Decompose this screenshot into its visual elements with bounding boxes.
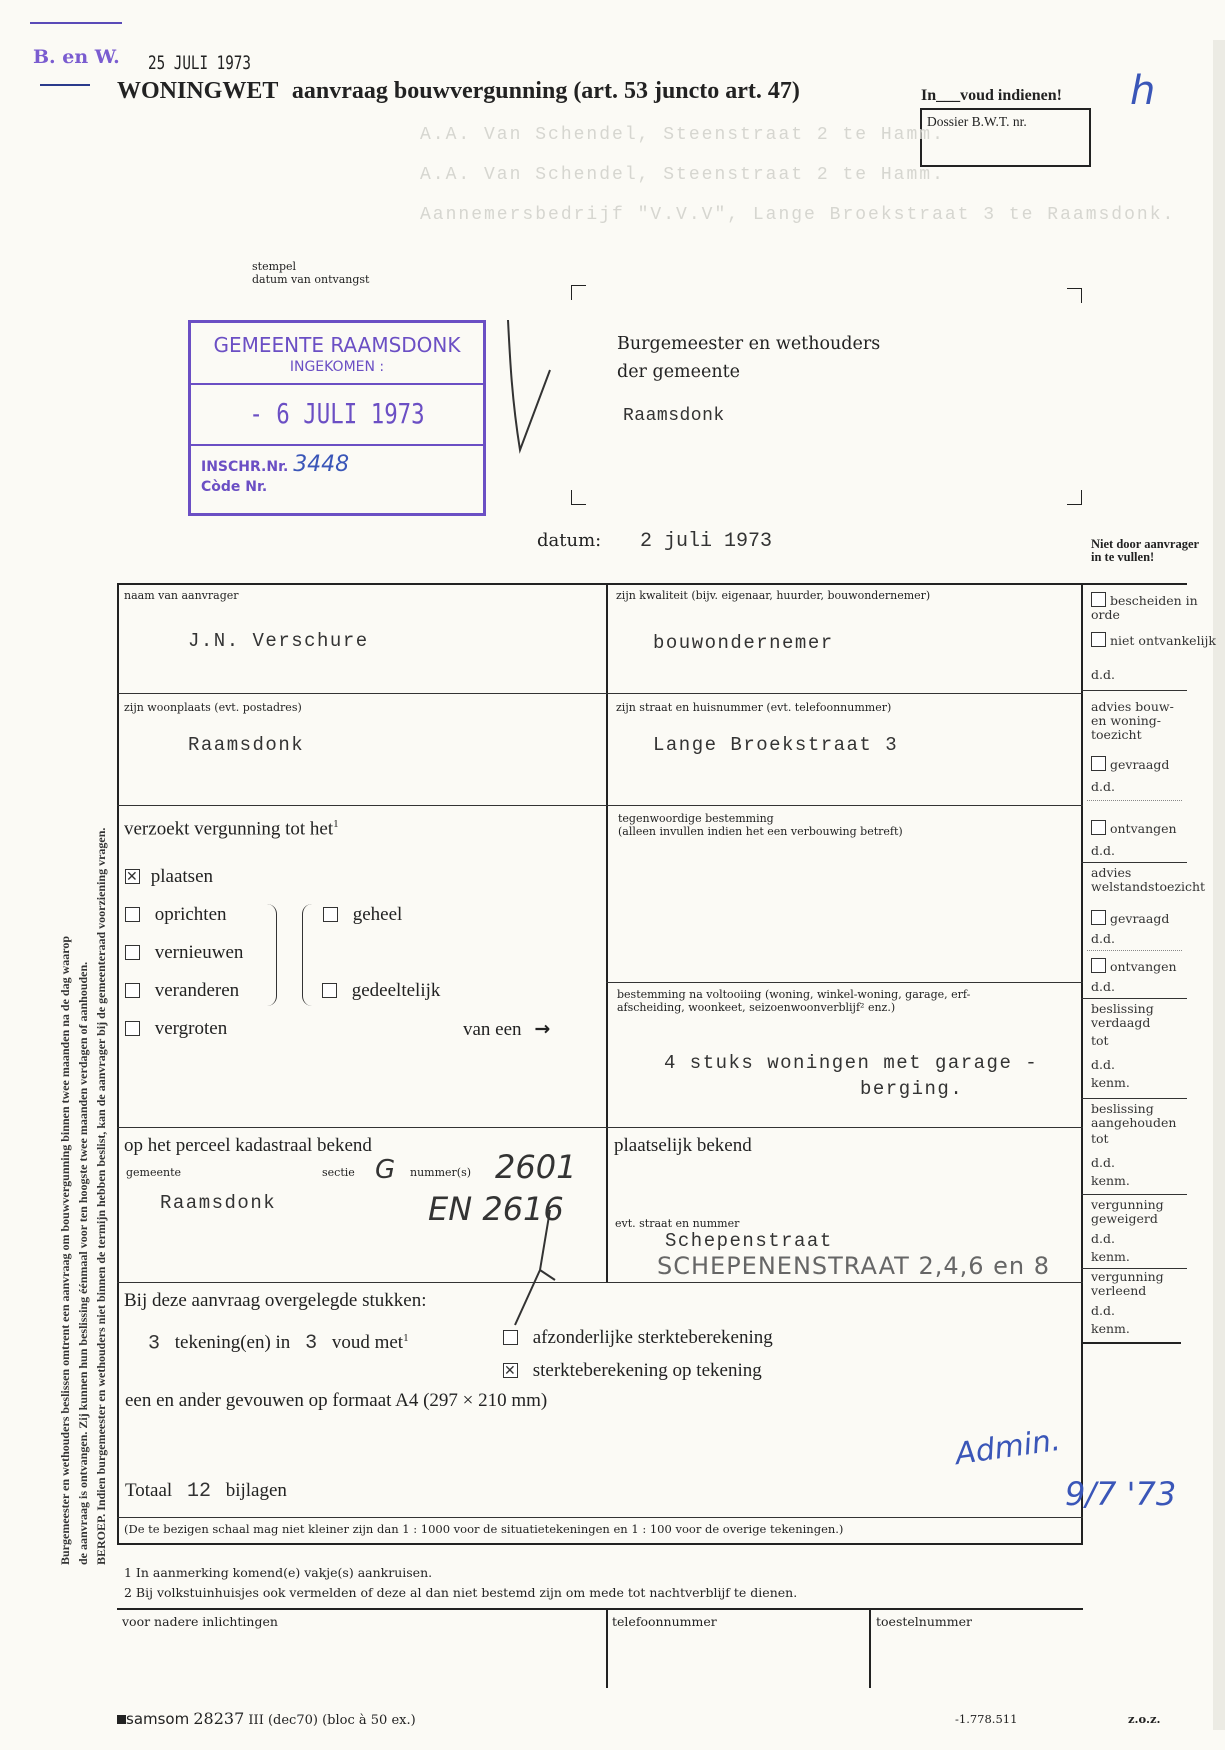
office-divider: [1081, 690, 1187, 691]
action-oprichten[interactable]: oprichten: [125, 904, 227, 926]
checkbox-icon[interactable]: [323, 907, 338, 922]
form-number: 28237: [193, 1709, 244, 1728]
extension-field[interactable]: [876, 1632, 1076, 1686]
checkbox-icon[interactable]: [125, 907, 140, 922]
final-use-label-2: afscheiding, woonkeet, seizoenwoonverbli…: [617, 1001, 970, 1014]
street-label: zijn straat en huisnummer (evt. telefoon…: [616, 701, 891, 714]
footnote-ref: 1: [403, 1332, 409, 1344]
checkbox-icon[interactable]: [322, 983, 337, 998]
zoz: z.o.z.: [1128, 1712, 1161, 1726]
stamp-overline: [30, 22, 122, 24]
bloc: (bloc à 50 ex.): [322, 1713, 416, 1728]
office-kenm: kenm.: [1091, 1076, 1130, 1090]
dossier-box[interactable]: Dossier B.W.T. nr.: [920, 108, 1091, 167]
office-label: niet ontvankelijk: [1110, 633, 1216, 648]
office-kenm: kenm.: [1091, 1250, 1130, 1264]
side-note-line-3: BEROEP. Indien burgemeester en wethouder…: [94, 828, 109, 1565]
option-label: sterkteberekening op tekening: [533, 1360, 762, 1381]
copies-label: voud met: [332, 1332, 403, 1353]
form-left-border: [117, 583, 119, 1543]
corner-initial: h: [1130, 68, 1155, 114]
form-top-border: [117, 583, 1087, 585]
document-page: B. en W. 25 JULI 1973 WONINGWET aanvraag…: [0, 0, 1225, 1750]
addressee-municipality[interactable]: Raamsdonk: [623, 402, 880, 430]
office-dd: d.d.: [1091, 1232, 1115, 1246]
action-label: veranderen: [155, 980, 239, 1001]
checkbox-icon[interactable]: [125, 983, 140, 998]
street-value[interactable]: Lange Broekstraat 3: [653, 734, 898, 756]
format-note: een en ander gevouwen op formaat A4 (297…: [125, 1390, 547, 1412]
date-value[interactable]: 2 juli 1973: [640, 530, 772, 553]
title-rest: aanvraag bouwvergunning (art. 53 juncto …: [292, 78, 800, 104]
window-corner: [571, 285, 586, 300]
final-use-value-2[interactable]: berging.: [860, 1078, 963, 1100]
phone-label: telefoonnummer: [612, 1614, 717, 1629]
action-veranderen[interactable]: veranderen: [125, 980, 239, 1002]
office-label: ontvangen: [1110, 821, 1177, 836]
office-section-title: advies bouw- en woning-toezicht: [1091, 700, 1186, 742]
ghost-text: A.A. Van Schendel, Steenstraat 2 te Hamm…: [420, 165, 945, 185]
action-label: plaatsen: [151, 866, 213, 887]
office-section-title: beslissing verdaagd: [1091, 1002, 1171, 1030]
office-kenm: kenm.: [1091, 1322, 1130, 1336]
publisher: samsom: [126, 1710, 189, 1728]
office-label: ontvangen: [1110, 959, 1177, 974]
extent-label: geheel: [353, 904, 403, 925]
print-footer: samsom 28237 III (dec70) (bloc à 50 ex.): [117, 1709, 416, 1728]
side-note-line-1: Burgemeester en wethouders beslissen omt…: [58, 936, 73, 1565]
request-heading: verzoekt vergunning tot het1: [124, 813, 339, 840]
extent-geheel[interactable]: geheel: [323, 904, 402, 926]
office-top-border: [1087, 583, 1187, 585]
print-code: -1.778.511: [955, 1712, 1017, 1726]
office-column-heading: Niet door aanvrager in te vullen!: [1091, 538, 1201, 564]
page-title: WONINGWET aanvraag bouwvergunning (art. …: [117, 78, 800, 105]
action-vernieuwen[interactable]: vernieuwen: [125, 942, 243, 964]
footnote-ref: 1: [333, 818, 339, 830]
drawings-count[interactable]: 3: [148, 1332, 160, 1355]
parcel-street-handwritten[interactable]: SCHEPENENSTRAAT 2,4,6 en 8: [657, 1252, 1050, 1280]
copies-note: In___voud indienen!: [921, 87, 1062, 105]
title-bold: WONINGWET: [117, 78, 278, 104]
office-dd: d.d.: [1091, 1058, 1115, 1072]
office-section-title: advies welstandstoezicht: [1091, 866, 1191, 894]
office-dd: d.d.: [1091, 932, 1115, 946]
office-label: gevraagd: [1110, 911, 1169, 926]
current-use-field[interactable]: [612, 840, 1077, 975]
addressee: Burgemeester en wethouders der gemeente …: [617, 330, 880, 430]
office-dotted-divider: [1087, 800, 1182, 801]
publisher-logo-icon: [117, 1715, 126, 1724]
office-dd: d.d.: [1091, 980, 1115, 994]
footnotes: 1 In aanmerking komend(e) vakje(s) aankr…: [124, 1563, 797, 1603]
footnote-1: 1 In aanmerking komend(e) vakje(s) aankr…: [124, 1563, 797, 1583]
stamp-caption: stempel datum van ontvangst: [252, 260, 369, 286]
total-line: Totaal 12 bijlagen: [125, 1480, 287, 1503]
extension-label: toestelnummer: [876, 1614, 972, 1629]
contact-divider: [869, 1608, 871, 1688]
code-label: Còde Nr.: [201, 479, 483, 495]
form-bottom-border: [117, 1543, 1083, 1545]
total-suffix: bijlagen: [226, 1480, 287, 1501]
action-label: vernieuwen: [155, 942, 244, 963]
received-date: - 6 JULI 1973: [220, 397, 454, 430]
ghost-text: Aannemersbedrijf "V.V.V", Lange Broekstr…: [420, 205, 1175, 225]
received-status: INGEKOMEN :: [191, 359, 483, 375]
van-een: van een →: [463, 1018, 550, 1041]
window-corner: [571, 490, 586, 505]
residence-label: zijn woonplaats (evt. postadres): [124, 701, 302, 714]
scale-note: (De te bezigen schaal mag niet kleiner z…: [124, 1522, 843, 1536]
office-check-received[interactable]: ontvangen: [1091, 820, 1177, 836]
window-corner: [1067, 490, 1082, 505]
quality-label: zijn kwaliteit (bijv. eigenaar, huurder,…: [616, 589, 930, 602]
left-brace: [302, 904, 313, 1006]
final-use-label-1: bestemming na voltooiing (woning, winkel…: [617, 988, 970, 1001]
action-label: vergroten: [155, 1018, 227, 1039]
parcel-heading: op het perceel kadastraal bekend: [124, 1135, 372, 1157]
office-check-requested[interactable]: gevraagd: [1091, 756, 1169, 772]
extent-gedeeltelijk[interactable]: gedeeltelijk: [322, 980, 440, 1002]
office-dotted-divider: [1087, 950, 1182, 951]
checkbox-icon[interactable]: [503, 1330, 518, 1345]
info-field[interactable]: [122, 1632, 602, 1686]
office-dd: d.d.: [1091, 1156, 1115, 1170]
side-note-line-2: de aanvraag is ontvangen. Zij kunnen hun…: [76, 962, 91, 1565]
office-bottom-border: [1081, 1342, 1181, 1344]
parcel-numbers-label: nummer(s): [410, 1166, 471, 1179]
received-municipality: GEMEENTE RAAMSDONK: [191, 333, 483, 357]
action-plaatsen[interactable]: plaatsen: [125, 866, 213, 888]
row-divider: [117, 1517, 1083, 1518]
footnote-2: 2 Bij volkstuinhuisjes ook vermelden of …: [124, 1583, 797, 1603]
row-divider: [117, 693, 1083, 694]
arrow-right-icon: →: [534, 1018, 550, 1040]
van-een-text: van een: [463, 1019, 522, 1040]
checkbox-icon[interactable]: [503, 1363, 518, 1378]
option-label: afzonderlijke sterkteberekening: [533, 1327, 773, 1348]
local-heading: plaatselijk bekend: [614, 1135, 752, 1157]
current-use-label: tegenwoordige bestemming (alleen invulle…: [618, 812, 903, 838]
checkbox-icon[interactable]: [125, 945, 140, 960]
row-divider: [606, 982, 1083, 983]
window-corner: [1067, 288, 1082, 303]
handwritten-signature: Admin.: [953, 1423, 1063, 1472]
name-value[interactable]: J.N. Verschure: [188, 630, 369, 652]
office-label: gevraagd: [1110, 757, 1169, 772]
addressee-line-2: der gemeente: [617, 358, 880, 386]
final-use-value-1[interactable]: 4 stuks woningen met garage -: [664, 1052, 1038, 1074]
office-dd: d.d.: [1091, 668, 1115, 682]
dossier-label: Dossier B.W.T. nr.: [922, 110, 1089, 134]
office-divider: [1081, 1098, 1187, 1099]
office-divider: [1081, 998, 1187, 999]
quality-value[interactable]: bouwondernemer: [653, 632, 834, 654]
row-divider: [117, 1127, 1083, 1128]
parcel-number-1[interactable]: 2601: [495, 1148, 576, 1186]
current-use-label-1: tegenwoordige bestemming: [618, 812, 903, 825]
request-heading-text: verzoekt vergunning tot het: [124, 818, 333, 839]
bw-stamp-date: 25 JULI 1973: [148, 52, 251, 74]
option-separate-calc[interactable]: afzonderlijke sterkteberekening: [503, 1327, 773, 1349]
parcel-municipality-label: gemeente: [126, 1166, 181, 1179]
residence-value[interactable]: Raamsdonk: [188, 734, 304, 756]
pen-stroke-icon: [510, 1210, 570, 1330]
ghost-text: A.A. Van Schendel, Steenstraat 2 te Hamm…: [420, 125, 945, 145]
checkbox-icon[interactable]: [125, 869, 140, 884]
registration-label: INSCHR.Nr.: [201, 459, 288, 475]
contact-top-border: [117, 1608, 1083, 1610]
office-dd: d.d.: [1091, 780, 1115, 794]
row-divider: [117, 1282, 1083, 1283]
name-label: naam van aanvrager: [124, 589, 239, 602]
parcel-street-typed[interactable]: Schepenstraat: [665, 1230, 833, 1252]
office-divider: [1081, 1194, 1187, 1195]
current-use-label-2: (alleen invullen indien het een verbouwi…: [618, 825, 903, 838]
office-check-in-order[interactable]: bescheiden in orde: [1091, 592, 1225, 622]
date-code: (dec70): [268, 1713, 318, 1728]
info-label: voor nadere inlichtingen: [122, 1614, 278, 1629]
date-label: datum:: [537, 530, 601, 551]
office-dd: d.d.: [1091, 844, 1115, 858]
copies-count[interactable]: 3: [305, 1332, 317, 1355]
action-vergroten[interactable]: vergroten: [125, 1018, 227, 1040]
form-middle-border: [606, 583, 608, 1283]
office-section-title: vergunning geweigerd: [1091, 1198, 1176, 1226]
option-calc-on-drawing[interactable]: sterkteberekening op tekening: [503, 1360, 762, 1382]
received-stamp: GEMEENTE RAAMSDONK INGEKOMEN : - 6 JULI …: [188, 320, 486, 516]
office-label: bescheiden in orde: [1091, 593, 1198, 622]
office-check-requested[interactable]: gevraagd: [1091, 910, 1169, 926]
edition: III: [248, 1713, 263, 1728]
page-edge: [1213, 40, 1225, 1730]
registration-number: 3448: [293, 452, 349, 477]
right-brace: [266, 904, 277, 1006]
row-divider: [117, 805, 1083, 806]
drawings-line: 3 tekening(en) in 3 voud met1: [148, 1327, 409, 1355]
parcel-section-value[interactable]: G: [375, 1155, 395, 1185]
stamp-caption-2: datum van ontvangst: [252, 273, 369, 286]
checkbox-icon[interactable]: [125, 1021, 140, 1036]
office-section-title: beslissing aangehouden: [1091, 1102, 1191, 1130]
parcel-street-label: evt. straat en nummer: [615, 1217, 739, 1230]
arrow-mark: [40, 84, 90, 86]
drawings-label: tekening(en) in: [175, 1332, 291, 1353]
check-mark-icon: [500, 320, 560, 500]
handwritten-date: 9/7 '73: [1065, 1475, 1176, 1513]
final-use-label: bestemming na voltooiing (woning, winkel…: [617, 988, 970, 1014]
office-divider: [1081, 862, 1187, 863]
parcel-section-label: sectie: [322, 1166, 355, 1179]
parcel-municipality-value[interactable]: Raamsdonk: [160, 1192, 276, 1214]
attachments-heading: Bij deze aanvraag overgelegde stukken:: [124, 1290, 426, 1312]
stamp-caption-1: stempel: [252, 260, 369, 273]
office-section-title: vergunning verleend: [1091, 1270, 1176, 1298]
office-check-inadmissible[interactable]: niet ontvankelijk: [1091, 632, 1216, 648]
form-right-border: [1081, 583, 1083, 1545]
office-tot: tot: [1091, 1132, 1109, 1146]
office-kenm: kenm.: [1091, 1174, 1130, 1188]
addressee-line-1: Burgemeester en wethouders: [617, 330, 880, 358]
phone-field[interactable]: [612, 1632, 864, 1686]
bw-stamp: B. en W.: [33, 46, 120, 68]
office-check-received[interactable]: ontvangen: [1091, 958, 1177, 974]
action-label: oprichten: [155, 904, 227, 925]
contact-divider: [606, 1608, 608, 1688]
office-tot: tot: [1091, 1034, 1109, 1048]
total-value[interactable]: 12: [187, 1480, 211, 1503]
office-dd: d.d.: [1091, 1304, 1115, 1318]
extent-label: gedeeltelijk: [352, 980, 441, 1001]
total-label: Totaal: [125, 1480, 172, 1501]
